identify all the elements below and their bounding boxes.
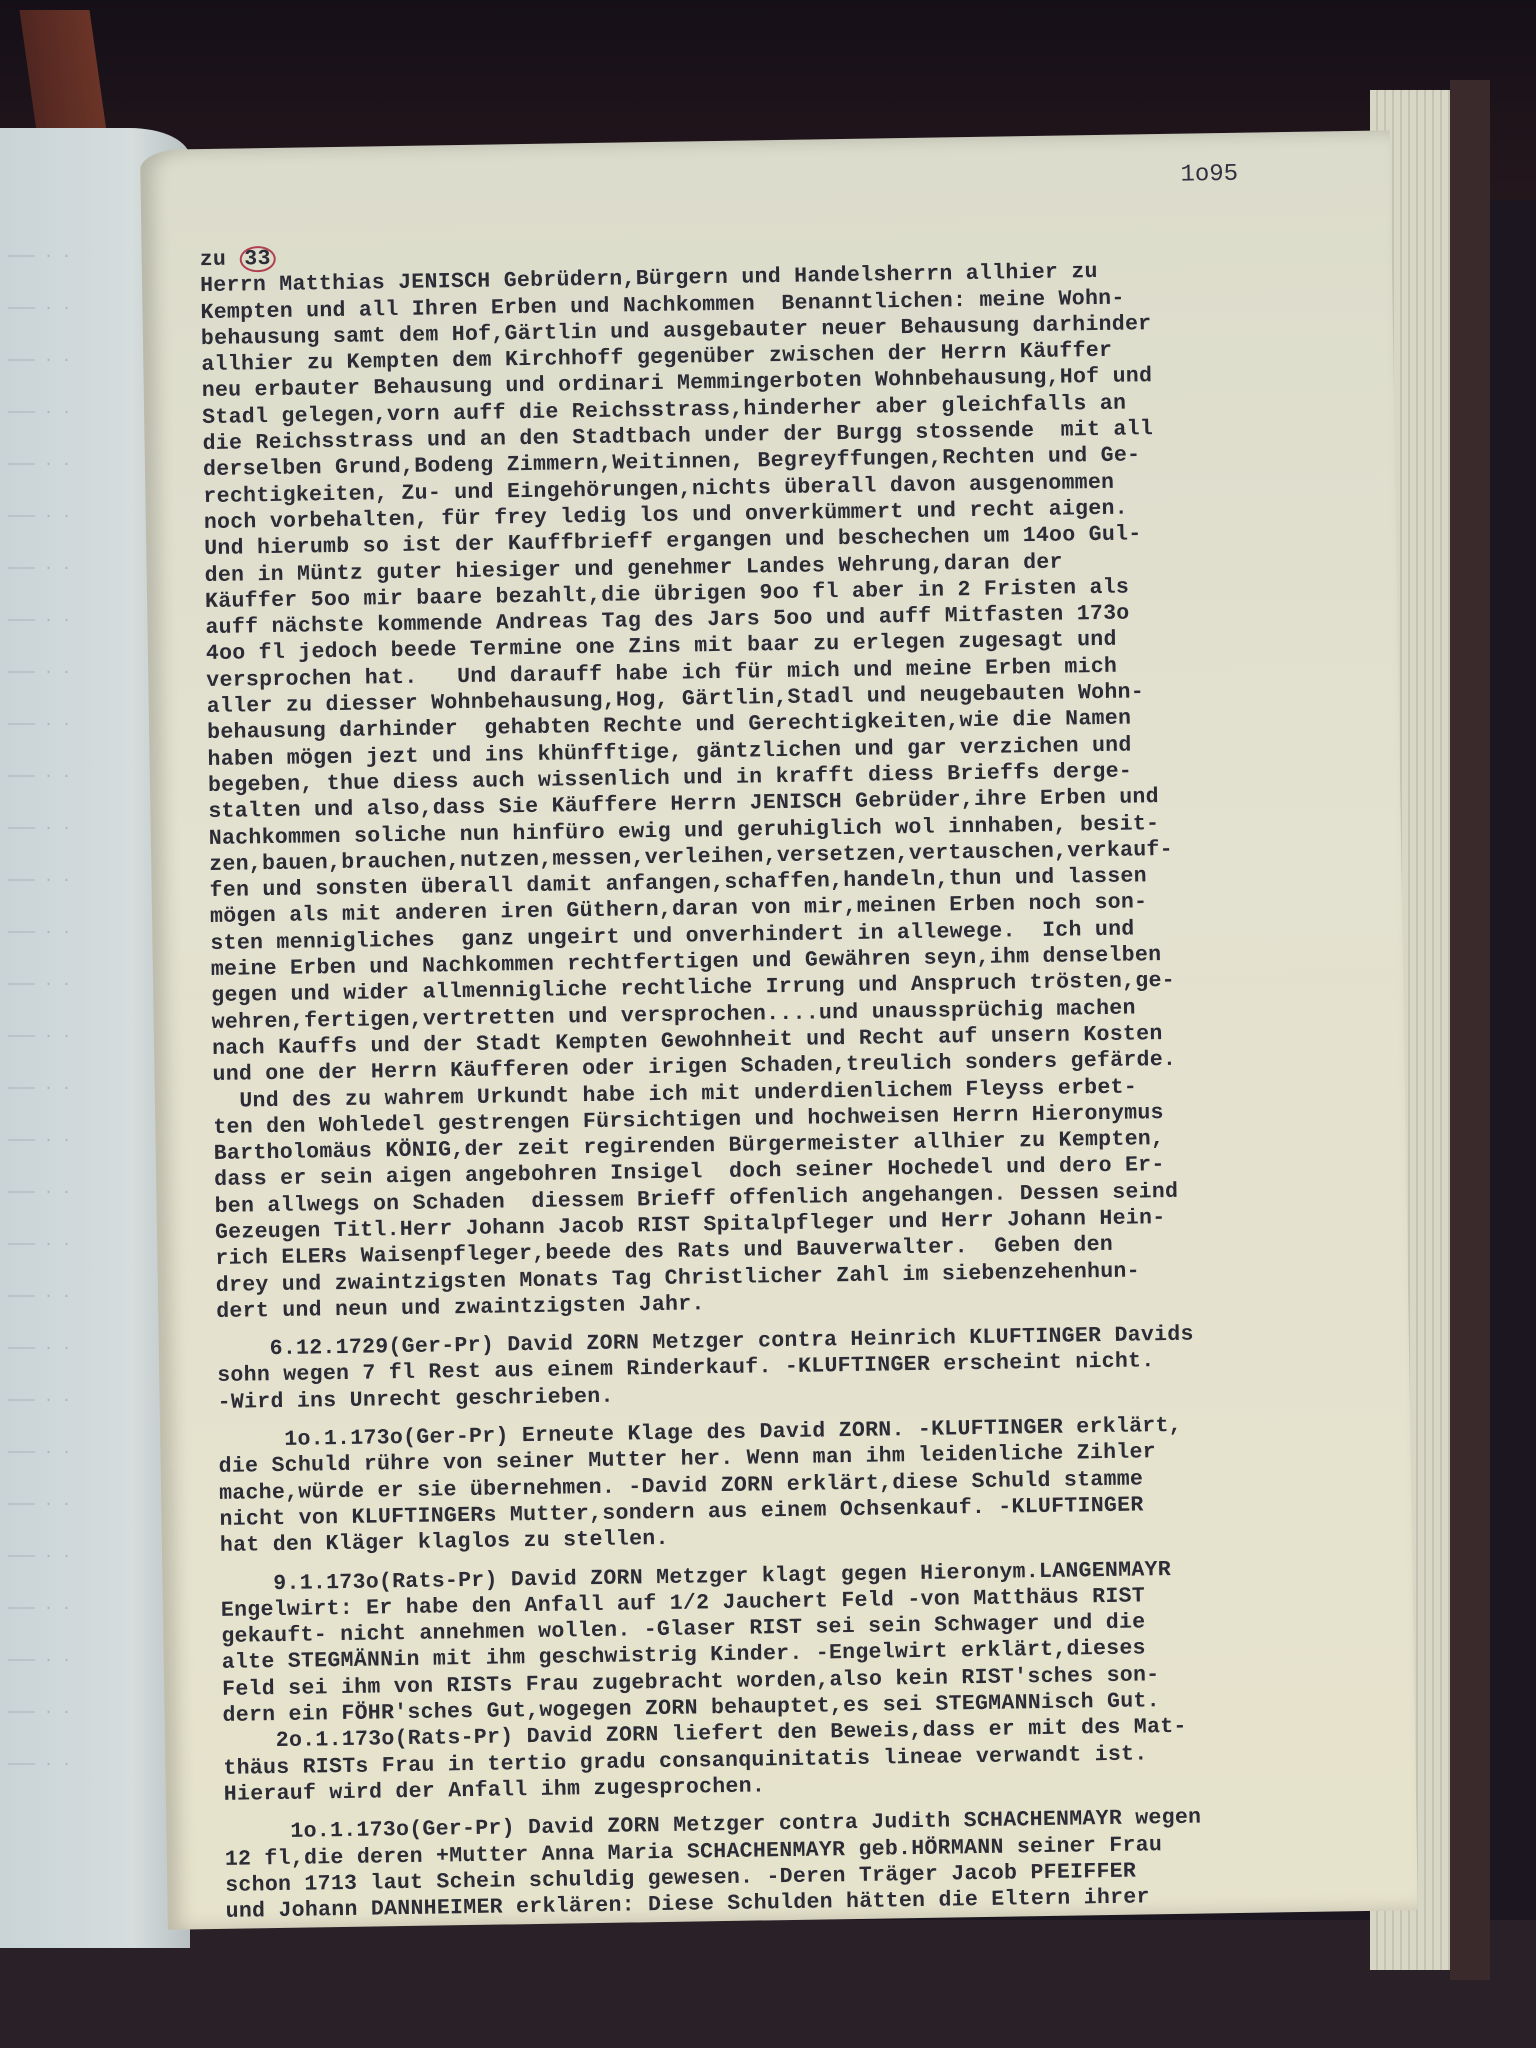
left-page-faint-text: ——— · · xyxy=(8,1080,71,1097)
marginal-note-prefix: zu xyxy=(200,248,227,272)
background-bottom xyxy=(0,1920,1536,2048)
left-page-faint-text: ——— · · xyxy=(8,1548,71,1565)
left-page-faint-text: ——— · · xyxy=(8,976,71,993)
left-page-faint-text: ——— · · xyxy=(8,1652,71,1669)
left-page-faint-text: ——— · · xyxy=(8,404,71,421)
left-page-faint-text: ——— · · xyxy=(8,248,71,265)
right-page: 1o95 zu 33 Herrn Matthias JENISCH Gebrüd… xyxy=(140,130,1418,1929)
left-page-faint-text: ——— · · xyxy=(8,924,71,941)
left-page-faint-text: ——— · · xyxy=(8,456,71,473)
circled-number: 33 xyxy=(239,246,276,273)
court-entries: 6.12.1729(Ger-Pr) David ZORN Metzger con… xyxy=(217,1319,1376,1925)
left-page-faint-text: ——— · · xyxy=(8,1444,71,1461)
book-cover-edge xyxy=(1450,80,1490,1980)
left-page-faint-text: ——— · · xyxy=(8,612,71,629)
court-entry: 1o.1.173o(Ger-Pr) Erneute Klage des Davi… xyxy=(218,1410,1370,1560)
deed-text: Herrn Matthias JENISCH Gebrüdern,Bürgern… xyxy=(200,255,1366,1325)
left-page-faint-text: ——— · · xyxy=(8,1236,71,1253)
left-page-faint-text: ——— · · xyxy=(8,1704,71,1721)
typed-text-body: zu 33 Herrn Matthias JENISCH Gebrüdern,B… xyxy=(200,229,1376,1925)
left-page-faint-text: ——— · · xyxy=(8,664,71,681)
left-page-faint-text: ——— · · xyxy=(8,1756,71,1773)
court-entry: 9.1.173o(Rats-Pr) David ZORN Metzger kla… xyxy=(220,1553,1374,1808)
left-page-faint-text: ——— · · xyxy=(8,560,71,577)
left-page-faint-text: ——— · · xyxy=(8,820,71,837)
page-number: 1o95 xyxy=(1180,161,1238,189)
left-page-faint-text: ——— · · xyxy=(8,1132,71,1149)
left-page-faint-text: ——— · · xyxy=(8,352,71,369)
left-page-faint-text: ——— · · xyxy=(8,1340,71,1357)
left-page-faint-text: ——— · · xyxy=(8,300,71,317)
left-page-faint-text: ——— · · xyxy=(8,508,71,525)
court-entry: 6.12.1729(Ger-Pr) David ZORN Metzger con… xyxy=(217,1319,1368,1416)
left-page-faint-text: ——— · · xyxy=(8,1600,71,1617)
left-page-faint-text: ——— · · xyxy=(8,1184,71,1201)
left-page-faint-text: ——— · · xyxy=(8,716,71,733)
left-page-faint-text: ——— · · xyxy=(8,872,71,889)
left-page-faint-text: ——— · · xyxy=(8,1288,71,1305)
left-page-faint-text: ——— · · xyxy=(8,1028,71,1045)
court-entry: 1o.1.173o(Ger-Pr) David ZORN Metzger con… xyxy=(224,1802,1376,1925)
left-page-faint-text: ——— · · xyxy=(8,1496,71,1513)
left-page-faint-text: ——— · · xyxy=(8,768,71,785)
left-page-faint-text: ——— · · xyxy=(8,1392,71,1409)
